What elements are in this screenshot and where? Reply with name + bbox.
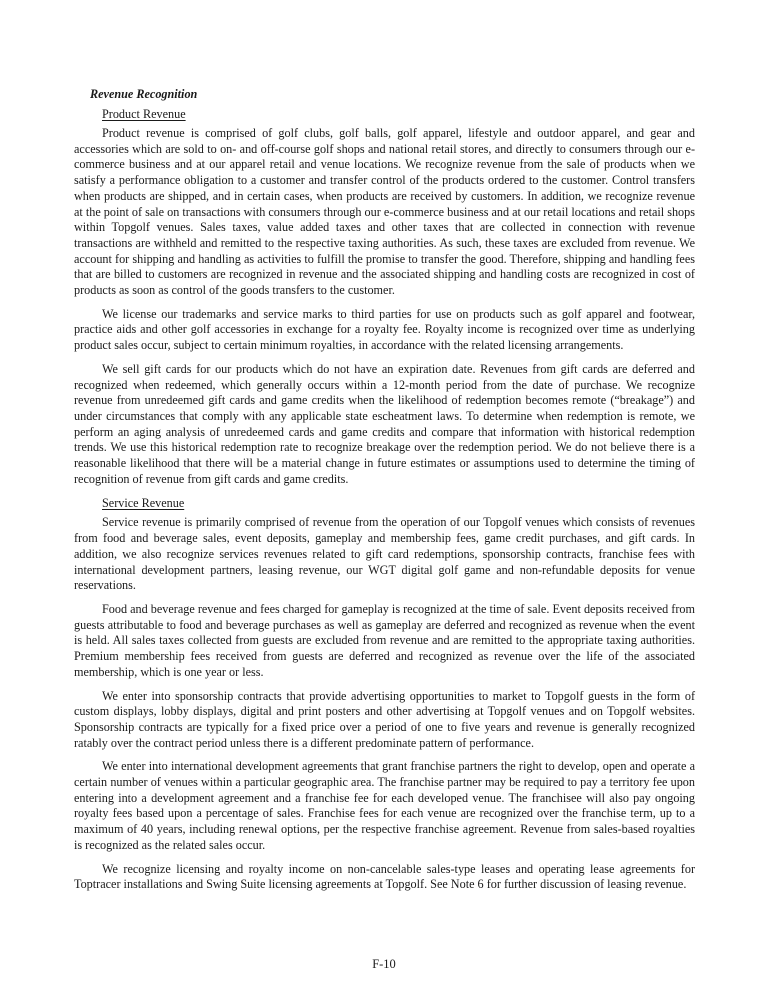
- page-number: F-10: [0, 956, 768, 972]
- gift-cards-paragraph: We sell gift cards for our products whic…: [74, 362, 695, 488]
- licensing-paragraph: We license our trademarks and service ma…: [74, 307, 695, 354]
- product-revenue-heading: Product Revenue: [102, 106, 695, 122]
- product-revenue-paragraph: Product revenue is comprised of golf clu…: [74, 126, 695, 299]
- document-page: Revenue Recognition Product Revenue Prod…: [74, 86, 695, 901]
- sponsorship-paragraph: We enter into sponsorship contracts that…: [74, 689, 695, 752]
- service-revenue-paragraph: Service revenue is primarily comprised o…: [74, 515, 695, 594]
- franchise-paragraph: We enter into international development …: [74, 759, 695, 853]
- leasing-paragraph: We recognize licensing and royalty incom…: [74, 862, 695, 893]
- service-revenue-heading: Service Revenue: [102, 495, 695, 511]
- food-beverage-paragraph: Food and beverage revenue and fees charg…: [74, 602, 695, 681]
- section-title: Revenue Recognition: [90, 86, 695, 102]
